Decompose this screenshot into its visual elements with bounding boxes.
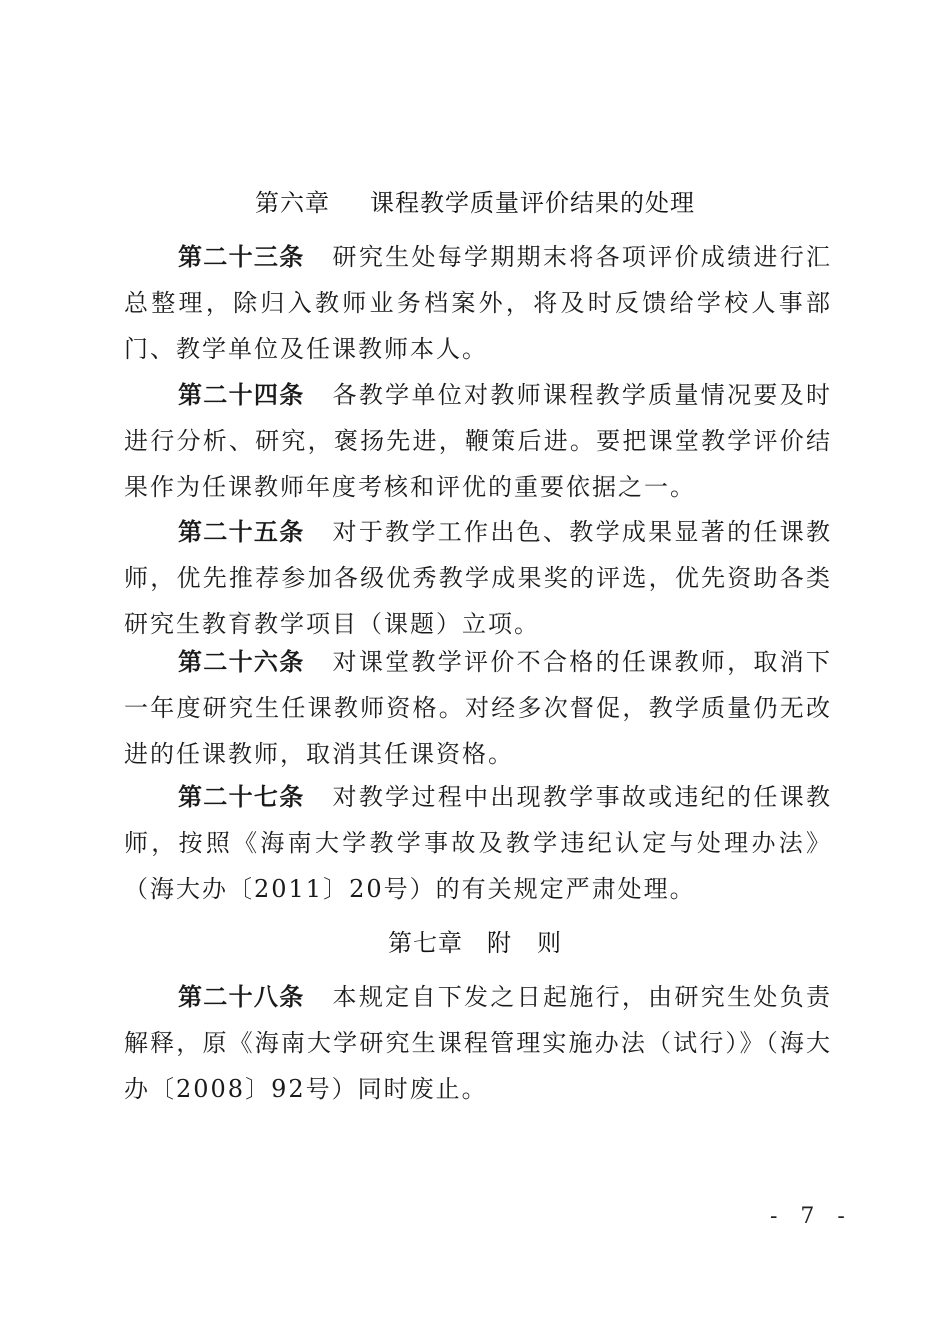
article-27: 第二十七条对教学过程中出现教学事故或违纪的任课教师，按照《海南大学教学事故及教学… (124, 774, 832, 912)
chapter-7-heading: 第七章附 则 (0, 923, 950, 958)
chapter-6-number: 第六章 (255, 189, 330, 217)
chapter-7-title: 附 则 (487, 929, 562, 957)
article-24: 第二十四条各教学单位对教师课程教学质量情况要及时进行分析、研究，褒扬先进，鞭策后… (124, 372, 832, 510)
chapter-7-number: 第七章 (388, 929, 463, 957)
chapter-6-heading: 第六章课程教学质量评价结果的处理 (0, 183, 950, 218)
page-number: - 7 - (770, 1204, 853, 1229)
article-26: 第二十六条对课堂教学评价不合格的任课教师，取消下一年度研究生任课教师资格。对经多… (124, 639, 832, 777)
article-28: 第二十八条本规定自下发之日起施行，由研究生处负责解释，原《海南大学研究生课程管理… (124, 974, 832, 1112)
article-25: 第二十五条对于教学工作出色、教学成果显著的任课教师，优先推荐参加各级优秀教学成果… (124, 509, 832, 647)
article-26-label: 第二十六条 (178, 648, 305, 676)
article-25-label: 第二十五条 (178, 518, 305, 546)
article-23: 第二十三条研究生处每学期期末将各项评价成绩进行汇总整理，除归入教师业务档案外，将… (124, 234, 832, 372)
article-27-label: 第二十七条 (178, 783, 305, 811)
article-28-label: 第二十八条 (178, 983, 305, 1011)
document-page: 第六章课程教学质量评价结果的处理 第二十三条研究生处每学期期末将各项评价成绩进行… (0, 0, 950, 1344)
chapter-6-title: 课程教学质量评价结果的处理 (370, 189, 695, 217)
article-24-label: 第二十四条 (178, 381, 305, 409)
article-23-label: 第二十三条 (178, 243, 305, 271)
